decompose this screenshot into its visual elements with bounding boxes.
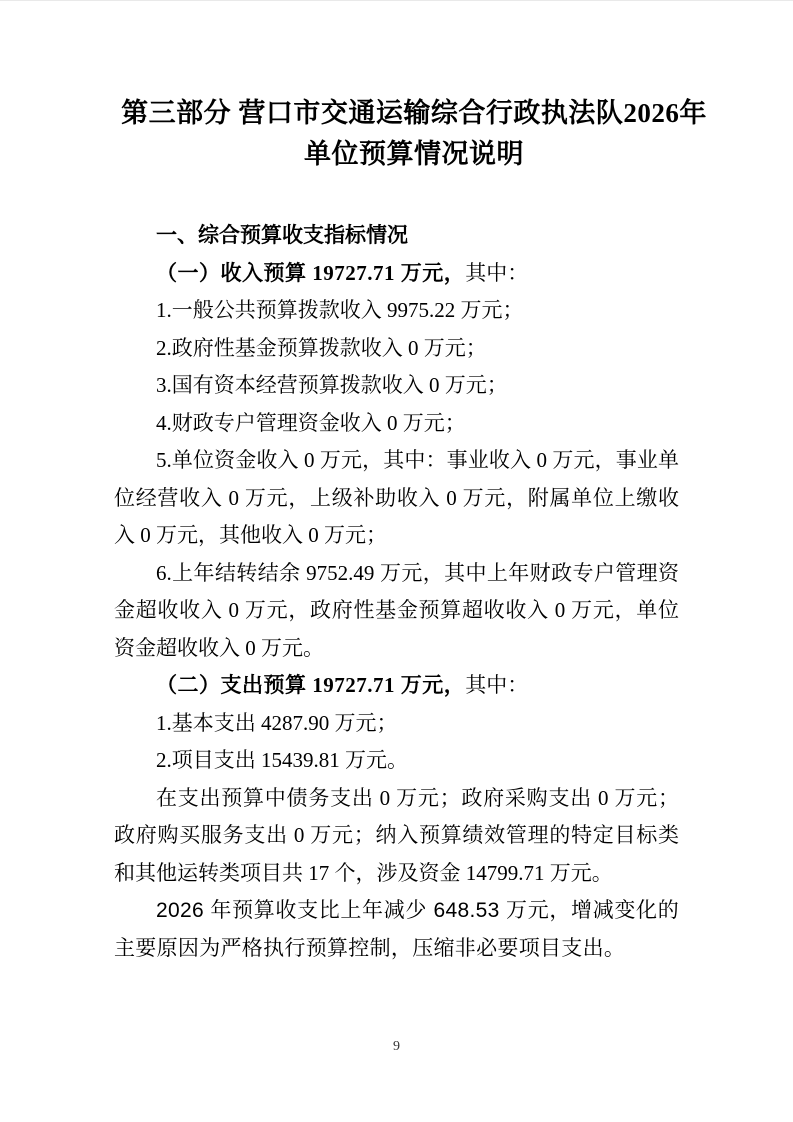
income-item-carryover: 6.上年结转结余 9752.49 万元，其中上年财政专户管理资金超收收入 0 万…: [114, 555, 679, 668]
income-item-state-capital: 3.国有资本经营预算拨款收入 0 万元；: [114, 367, 679, 405]
budget-change-note: 2026 年预算收支比上年减少 648.53 万元，增减变化的主要原因为严格执行…: [114, 892, 679, 967]
expenditure-budget-lead-suffix: 其中：: [465, 673, 528, 697]
income-item-general-public: 1.一般公共预算拨款收入 9975.22 万元；: [114, 292, 679, 330]
document-body: 一、综合预算收支指标情况 （一）收入预算 19727.71 万元，其中： 1.一…: [114, 217, 679, 967]
expenditure-note: 在支出预算中债务支出 0 万元；政府采购支出 0 万元；政府购买服务支出 0 万…: [114, 780, 679, 893]
income-budget-lead-paragraph: （一）收入预算 19727.71 万元，其中：: [114, 255, 679, 293]
income-item-fiscal-account: 4.财政专户管理资金收入 0 万元；: [114, 405, 679, 443]
expenditure-budget-lead-paragraph: （二）支出预算 19727.71 万元，其中：: [114, 667, 679, 705]
expenditure-budget-lead: （二）支出预算 19727.71 万元，: [156, 673, 465, 697]
income-budget-lead: （一）收入预算 19727.71 万元，: [156, 261, 465, 285]
page-number: 9: [0, 1039, 793, 1055]
document-page: 第三部分 营口市交通运输综合行政执法队2026年单位预算情况说明 一、综合预算收…: [0, 0, 793, 1122]
expenditure-item-project: 2.项目支出 15439.81 万元。: [114, 742, 679, 780]
expenditure-item-basic: 1.基本支出 4287.90 万元；: [114, 705, 679, 743]
section-heading-comprehensive-budget: 一、综合预算收支指标情况: [114, 217, 679, 255]
income-budget-lead-suffix: 其中：: [465, 261, 528, 285]
page-content: 第三部分 营口市交通运输综合行政执法队2026年单位预算情况说明 一、综合预算收…: [0, 1, 793, 967]
document-title: 第三部分 营口市交通运输综合行政执法队2026年单位预算情况说明: [114, 93, 714, 175]
income-item-government-fund: 2.政府性基金预算拨款收入 0 万元；: [114, 330, 679, 368]
income-item-unit-funds: 5.单位资金收入 0 万元，其中：事业收入 0 万元，事业单位经营收入 0 万元…: [114, 442, 679, 555]
